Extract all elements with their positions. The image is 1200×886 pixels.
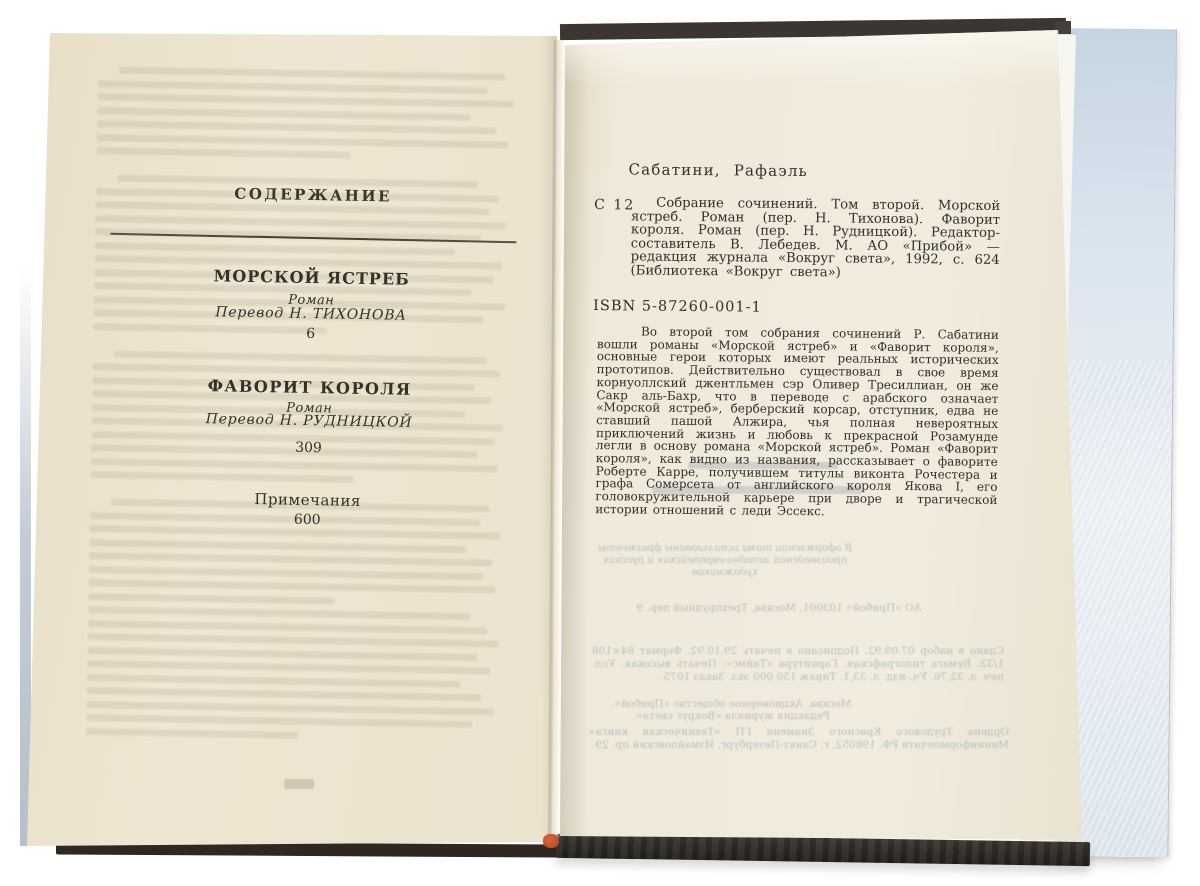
isbn-line: ISBN 5-87260-001-1 [593,298,762,316]
showthrough-print-details: Сдано в набор 07.09.92. Подписано в печа… [592,645,1004,684]
table-of-contents: СОДЕРЖАНИЕ МОРСКОЙ ЯСТРЕБ Роман Перевод … [107,176,514,563]
annotation-paragraph: Во второй том собрания сочинений Р. Саба… [595,325,999,519]
jacket-edge-sliver [20,36,31,846]
showthrough-printer-line: Ордена Трудового Красного Знамени ГП «Те… [589,726,1009,752]
toc-entry-page-number: 600 [107,508,507,531]
bibliography-paragraph: Собрание сочинений. Том второй. Морской … [630,196,1000,281]
toc-entry-page-number: 6 [111,322,511,345]
contents-rule [110,233,516,244]
right-page-showthrough: В оформлении тома использованы фрагменты… [585,535,1009,775]
headband-ribbon [543,834,559,848]
catalog-code: С 12 [594,197,635,213]
contents-heading: СОДЕРЖАНИЕ [113,182,513,207]
toc-entry-page-number: 309 [108,436,508,459]
showthrough-publisher-line: Москва. Акционерное общество «Прибой». Р… [609,698,854,722]
showthrough-page-number [284,779,314,789]
book-photo: СОДЕРЖАНИЕ МОРСКОЙ ЯСТРЕБ Роман Перевод … [0,0,1200,886]
imprint-block: Сабатини, Рафаэль С 12 Собрание сочинени… [583,158,1010,502]
showthrough-publisher-address: АО «Прибой» 103001, Москва, Трехпрудный … [634,602,924,614]
author-line: Сабатини, Рафаэль [628,160,808,180]
toc-entry-title: ФАВОРИТ КОРОЛЯ [110,374,510,400]
showthrough-design-note: В оформлении тома использованы фрагменты… [591,543,859,579]
toc-entry-title: МОРСКОЙ ЯСТРЕБ [112,264,512,290]
